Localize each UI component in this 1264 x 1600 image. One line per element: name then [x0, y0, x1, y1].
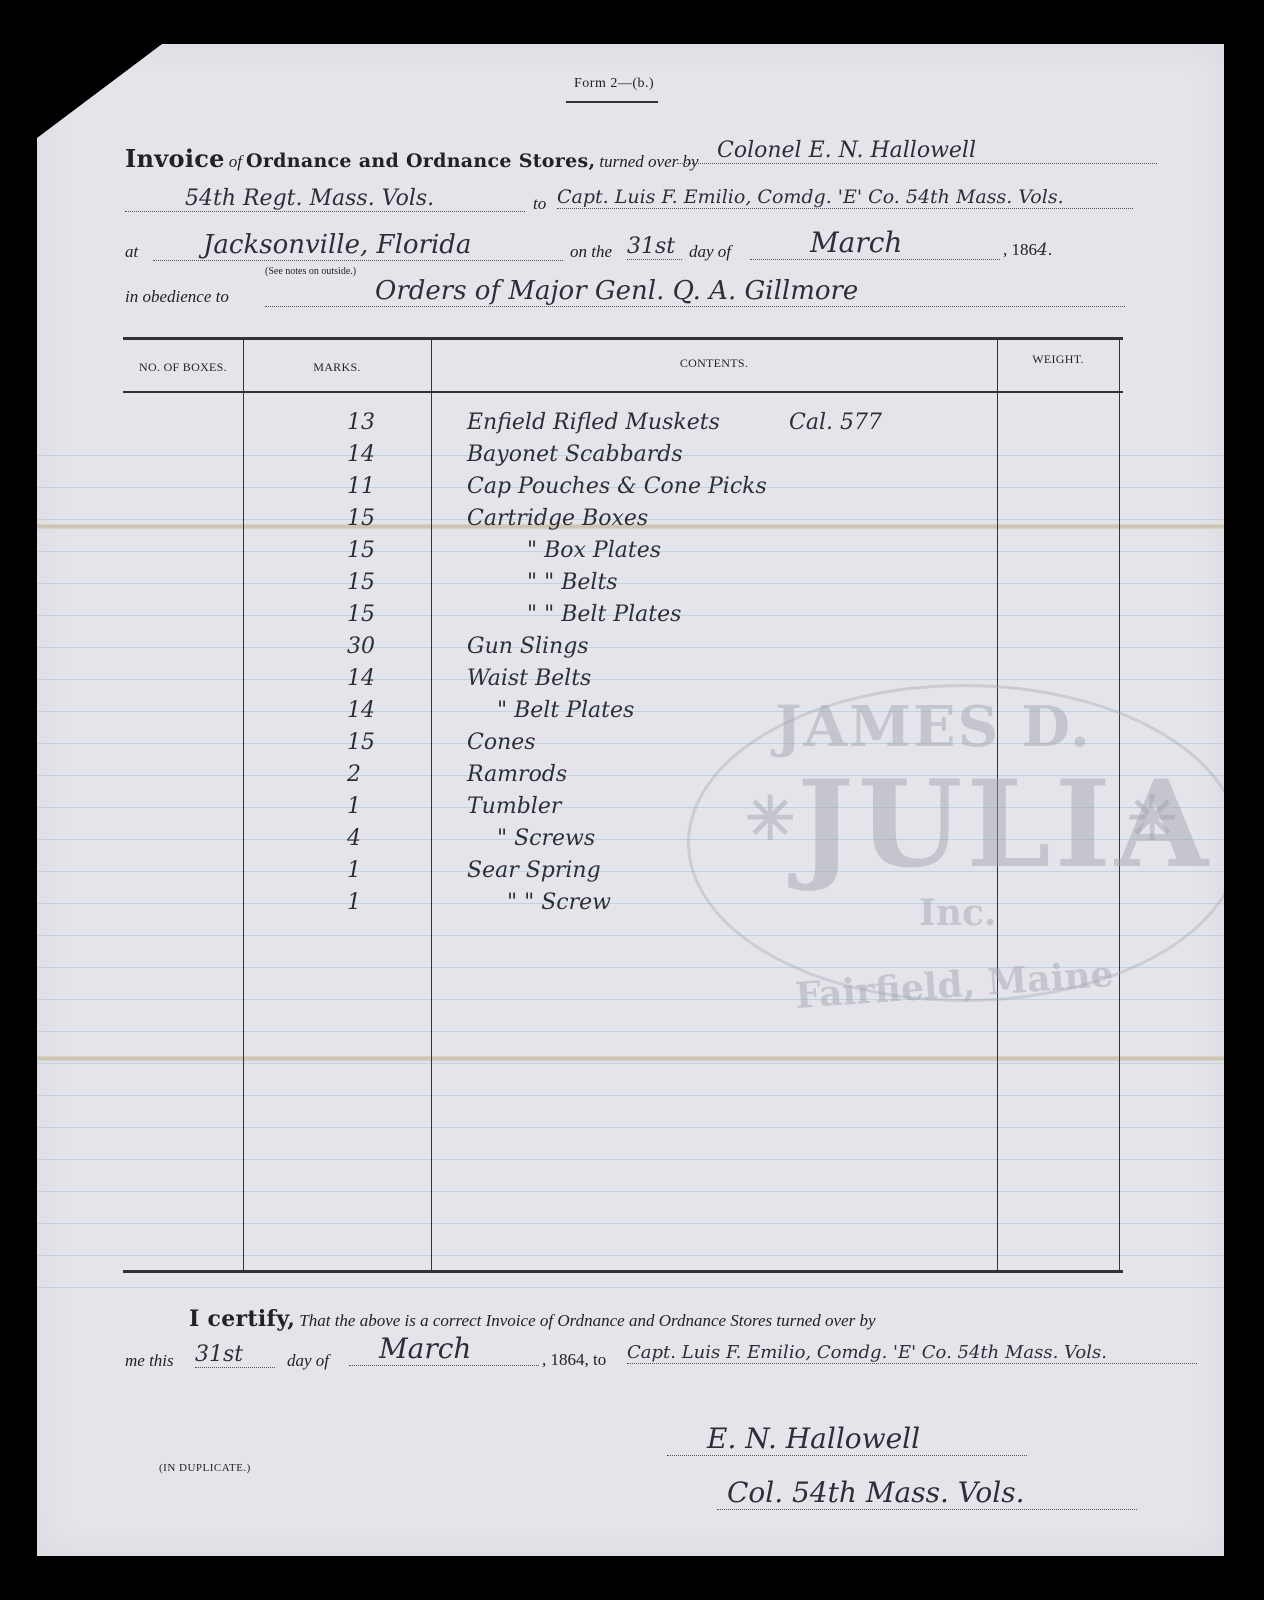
row-qty: 2 [347, 762, 387, 787]
cert-day-of-label: day of [287, 1351, 329, 1371]
table-row: 15" " Belt Plates [37, 602, 1224, 634]
row-content: Tumbler [467, 794, 561, 819]
header-no-of-boxes: NO. OF BOXES. [123, 360, 243, 375]
row-qty: 15 [347, 730, 387, 755]
cert-year: , 1864, to [542, 1350, 606, 1370]
recipient-field: Capt. Luis F. Emilio, Comdg. 'E' Co. 54t… [557, 186, 1133, 209]
title-ordnance: Ordnance and Ordnance Stores, [246, 150, 595, 172]
title-invoice: Invoice [125, 144, 225, 173]
table-bottom-rule [123, 1270, 1123, 1273]
certify-text: That the above is a correct Invoice of O… [299, 1311, 875, 1330]
to-label: to [533, 194, 546, 214]
header-marks: MARKS. [243, 360, 431, 375]
cert-day-field: 31st [195, 1342, 275, 1368]
row-qty: 13 [347, 410, 387, 435]
row-content: " " Belt Plates [527, 602, 681, 627]
title-of: of [229, 152, 242, 171]
row-qty: 15 [347, 538, 387, 563]
row-content: Cones [467, 730, 536, 755]
turned-over-by-field: Colonel E. N. Hallowell [677, 138, 1157, 164]
table-top-rule [123, 337, 1123, 340]
table-row: 15" Box Plates [37, 538, 1224, 570]
form-number: Form 2—(b.) [574, 76, 654, 92]
row-content: " " Screw [507, 890, 611, 915]
header-contents: CONTENTS. [431, 356, 997, 371]
signature: E. N. Hallowell [667, 1422, 1027, 1456]
row-content: Sear Spring [467, 858, 601, 883]
table-row: 14Bayonet Scabbards [37, 442, 1224, 474]
at-label: at [125, 242, 138, 262]
year-suffix: 4 [1037, 240, 1048, 260]
certify-gothic: I certify, [189, 1306, 295, 1332]
year-prefix: , 186 [1003, 240, 1037, 259]
form-number-rule [566, 101, 658, 103]
table-header-rule [123, 391, 1123, 393]
row-content: " " Belts [527, 570, 618, 595]
day-field: 31st [627, 234, 682, 260]
table-row: 15" " Belts [37, 570, 1224, 602]
row-content: Enfield Rifled Muskets [467, 410, 720, 435]
cert-month-field: March [349, 1332, 539, 1366]
me-this-label: me this [125, 1351, 174, 1371]
watermark-line3: Inc. [919, 892, 996, 934]
row-qty: 15 [347, 602, 387, 627]
row-content: " Belt Plates [497, 698, 634, 723]
document-page: Form 2—(b.) Invoice of Ordnance and Ordn… [37, 44, 1224, 1556]
row-content: Ramrods [467, 762, 567, 787]
regiment-field: 54th Regt. Mass. Vols. [125, 186, 525, 212]
obedience-label: in obedience to [125, 287, 229, 307]
row-qty: 4 [347, 826, 387, 851]
row-qty: 14 [347, 698, 387, 723]
watermark-line1: JAMES D. [775, 694, 1092, 760]
row-note: Cal. 577 [789, 410, 882, 435]
row-qty: 1 [347, 858, 387, 883]
day-of-label: day of [689, 242, 731, 262]
on-the-label: on the [570, 242, 612, 262]
orders-field: Orders of Major Genl. Q. A. Gillmore [265, 276, 1125, 307]
row-qty: 15 [347, 570, 387, 595]
title-line: Invoice of Ordnance and Ordnance Stores,… [125, 144, 699, 173]
row-qty: 14 [347, 666, 387, 691]
row-qty: 30 [347, 634, 387, 659]
row-content: Waist Belts [467, 666, 591, 691]
location-field: Jacksonville, Florida [153, 230, 563, 261]
table-row: 15Cartridge Boxes [37, 506, 1224, 538]
row-content: " Box Plates [527, 538, 661, 563]
watermark-star-icon: ✳ [745, 784, 795, 854]
row-content: " Screws [497, 826, 595, 851]
cert-recipient-field: Capt. Luis F. Emilio, Comdg. 'E' Co. 54t… [627, 1342, 1197, 1364]
year-field: , 1864. [1003, 240, 1052, 260]
month-field: March [750, 226, 1000, 260]
in-duplicate-label: (IN DUPLICATE.) [159, 1462, 251, 1474]
header-weight: WEIGHT. [997, 352, 1119, 367]
row-qty: 1 [347, 890, 387, 915]
row-qty: 15 [347, 506, 387, 531]
table-row: 30Gun Slings [37, 634, 1224, 666]
row-qty: 11 [347, 474, 387, 499]
row-content: Cap Pouches & Cone Picks [467, 474, 767, 499]
table-row: 13Enfield Rifled MusketsCal. 577 [37, 410, 1224, 442]
row-content: Gun Slings [467, 634, 589, 659]
table-row: 11Cap Pouches & Cone Picks [37, 474, 1224, 506]
row-qty: 1 [347, 794, 387, 819]
row-content: Bayonet Scabbards [467, 442, 683, 467]
fold-crease [37, 1056, 1224, 1062]
signature-title: Col. 54th Mass. Vols. [717, 1476, 1137, 1510]
row-qty: 14 [347, 442, 387, 467]
certify-line: I certify, That the above is a correct I… [189, 1306, 876, 1332]
watermark-star-icon: ✳ [1127, 784, 1177, 854]
row-content: Cartridge Boxes [467, 506, 648, 531]
